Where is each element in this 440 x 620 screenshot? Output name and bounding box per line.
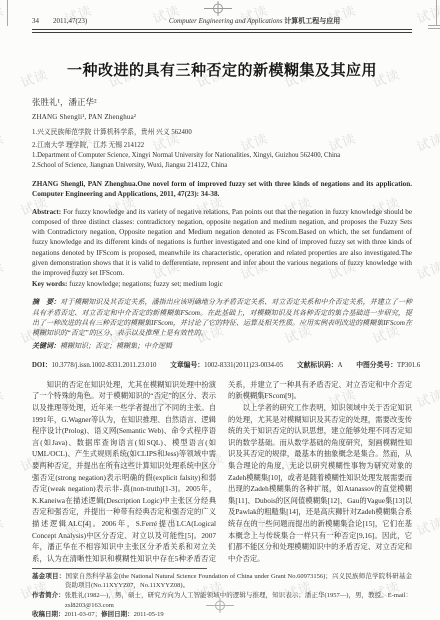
paper-page: 试读试读试读试读试读试读试读试读试读试读试读试读试读试读试读试读试读试读试读试读… — [0, 0, 440, 620]
author-bio-text: 张胜礼(1982—)，男，硕士，研究方向为人工智能领域中的逻辑与推理，知识表示；… — [65, 592, 412, 609]
journal-title-cn: 计算机工程与应用 — [284, 18, 340, 25]
affiliation-en-1: 1.Department of Computer Science, Xingyi… — [32, 152, 412, 159]
body-paragraph: 以上学者的研究工作表明，知识领域中关于否定知识的处理，尤其是对模糊知识及其否定的… — [228, 402, 412, 564]
crop-mark-left — [7, 0, 8, 26]
doi: DOI：10.3778/j.issn.1002-8331.2011.23.010 — [32, 362, 156, 369]
received-date: 2011-03-07； — [65, 611, 102, 618]
clc-number-label: 中图分类号： — [356, 362, 397, 369]
clc-number-value: TP301.6 — [397, 362, 420, 369]
footnote-rule — [32, 568, 207, 569]
paper-title: 一种改进的具有三种否定的新模糊集及其应用 — [32, 59, 412, 80]
citation-line: ZHANG Shengli, PAN Zhenghua.One novel fo… — [32, 179, 412, 200]
body-column-left: 知识的否定在知识处理，尤其在模糊知识处理中扮演了一个特殊的角色。对于模糊知识的“… — [32, 379, 216, 565]
author-bio-label: 作者简介： — [32, 592, 65, 599]
funding-label: 基金项目： — [32, 573, 65, 580]
keywords-en-text: fuzzy knowledge; negations; fuzzy set; m… — [69, 280, 223, 288]
abstract-cn-label: 摘 要： — [32, 298, 60, 306]
crop-mark-right — [436, 0, 437, 26]
abstract-cn-text: 对于模糊知识及其否定关系，潘指出应该明确地分为矛盾否定关系、对立否定关系和中介否… — [32, 298, 412, 337]
document-code-value: A — [338, 362, 343, 369]
funding-text: 国家自然科学基金(the National Natural Science Fo… — [65, 573, 412, 590]
rule-end-mark-top — [428, 25, 440, 26]
received-date-label: 收稿日期： — [32, 611, 65, 618]
keywords-cn: 关键词：模糊知识；否定；模糊集；中介逻辑 — [32, 341, 412, 351]
doi-label: DOI： — [32, 362, 52, 369]
revised-date-label: 修回日期： — [101, 611, 134, 618]
document-code: 文献标识码：A — [297, 362, 343, 369]
revised-date: 2011-05-19 — [134, 611, 164, 618]
body-paragraph: 知识的否定在知识处理，尤其在模糊知识处理中扮演了一个特殊的角色。对于模糊知识的“… — [32, 379, 216, 565]
keywords-en-label: Key words: — [32, 280, 67, 288]
clc-number: 中图分类号：TP301.6 — [356, 362, 420, 369]
journal-title-en: Computer Engineering and Applications — [169, 17, 283, 25]
body-paragraph: 潘所建立的模糊集理论FScom，是在Zadeh模糊集合理论基础上提出的，是考虑了… — [228, 564, 412, 565]
keywords-cn-label: 关键词： — [32, 342, 60, 350]
article-number-label: 文章编号： — [170, 362, 204, 369]
registration-mark-top — [204, 1, 232, 16]
keywords-cn-text: 模糊知识；否定；模糊集；中介逻辑 — [60, 342, 172, 350]
publication-info: DOI：10.3778/j.issn.1002-8331.2011.23.010… — [32, 359, 412, 369]
body-column-right: 关系，并建立了一种具有矛盾否定、对立否定和中介否定的新模糊集FScom[9]。 … — [228, 379, 412, 565]
article-number-value: 1002-8331(2011)23-0034-05 — [204, 362, 283, 369]
abstract-cn: 摘 要：对于模糊知识及其否定关系，潘指出应该明确地分为矛盾否定关系、对立否定关系… — [32, 297, 412, 339]
abstract-en-text: For fuzzy knowledge and its variety of n… — [32, 208, 412, 277]
header-rule — [32, 29, 412, 33]
keywords-en: Key words: fuzzy knowledge; negations; f… — [32, 280, 412, 288]
document-code-label: 文献标识码： — [297, 362, 338, 369]
body-columns: 知识的否定在知识处理，尤其在模糊知识处理中扮演了一个特殊的角色。对于模糊知识的“… — [32, 379, 412, 565]
authors-en: ZHANG Shengli¹, PAN Zhenghua² — [32, 113, 412, 121]
page-number: 34 — [32, 17, 39, 25]
body-paragraph: 关系，并建立了一种具有矛盾否定、对立否定和中介否定的新模糊集FScom[9]。 — [228, 379, 412, 402]
article-number: 文章编号：1002-8331(2011)23-0034-05 — [170, 362, 283, 369]
abstract-en-label: Abstract: — [32, 208, 61, 216]
affiliation-cn-1: 1.兴义民族师范学院 计算机科学系，贵州 兴义 562400 — [32, 126, 412, 136]
rule-end-mark-bottom — [428, 28, 440, 29]
funding-note: 基金项目：国家自然科学基金(the National Natural Scien… — [32, 572, 412, 591]
issue-info: 2011,47(23) — [53, 17, 87, 25]
abstract-en: Abstract: For fuzzy knowledge and its va… — [32, 207, 412, 278]
authors-cn: 张胜礼¹，潘正华² — [32, 96, 412, 108]
registration-mark-bottom — [206, 598, 234, 613]
doi-value: 10.3778/j.issn.1002-8331.2011.23.010 — [52, 362, 157, 369]
journal-title: Computer Engineering and Applications 计算… — [97, 16, 412, 26]
affiliation-en-2: 2.School of Science, Jiangnan University… — [32, 162, 412, 169]
affiliation-cn-2: 2.江南大学 理学院，江苏 无锡 214122 — [32, 139, 412, 149]
